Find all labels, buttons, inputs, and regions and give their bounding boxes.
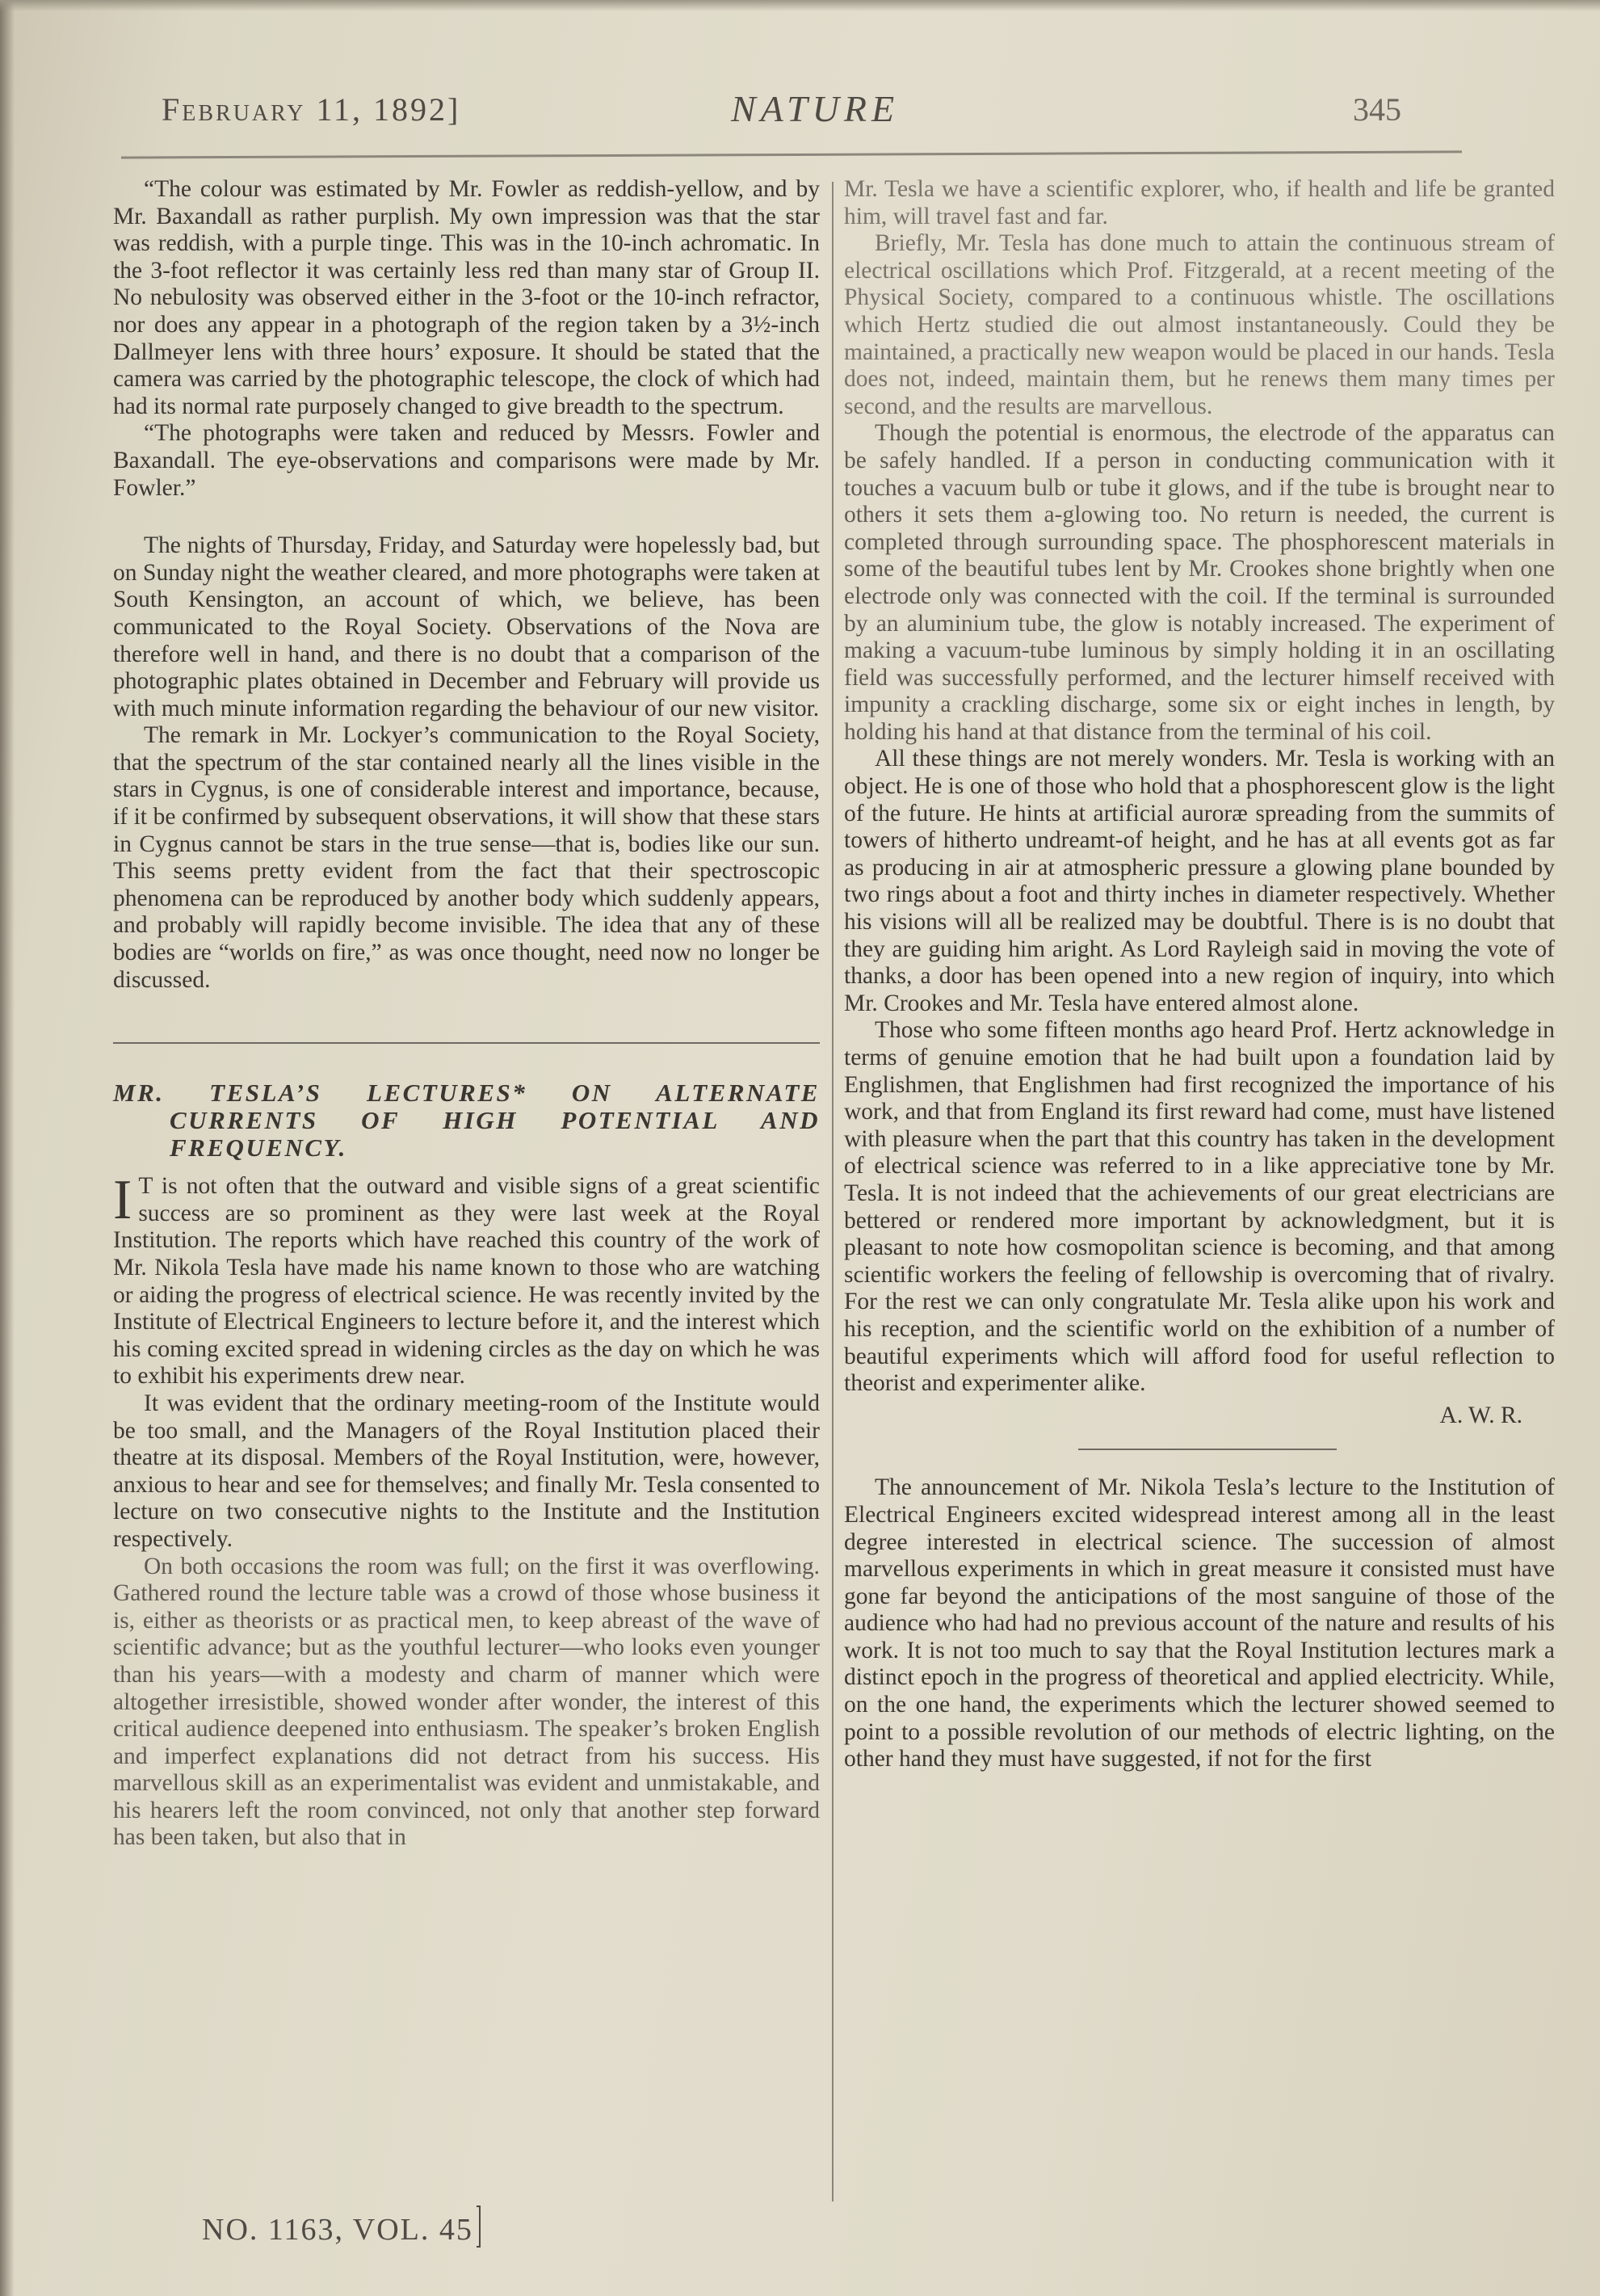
right-column: Mr. Tesla we have a scientific explorer,…: [844, 176, 1555, 1773]
article-paragraph-meeting-room: It was evident that the ordinary meeting…: [113, 1390, 820, 1554]
page-number: 345: [1353, 90, 1401, 128]
paragraph-gap: [113, 502, 820, 532]
issue-number: NO. 1163, VOL. 45: [202, 2213, 473, 2247]
journal-title: NATURE: [731, 87, 899, 130]
column-divider: [832, 182, 834, 2201]
paragraph-announcement: The announcement of Mr. Nikola Tesla’s l…: [844, 1474, 1555, 1773]
issue-footer: NO. 1163, VOL. 45: [202, 2206, 481, 2248]
article-title: Mr. Tesla’s Lectures* on Alternate Curre…: [113, 1079, 820, 1162]
page-edge-shadow: [0, 0, 15, 2296]
quote-paragraph-photographs: “The photographs were taken and reduced …: [113, 420, 820, 502]
paragraph-continuation-explorer: Mr. Tesla we have a scientific explorer,…: [844, 176, 1555, 230]
paragraph-nights: The nights of Thursday, Friday, and Satu…: [113, 532, 820, 722]
opening-paragraph-text: T is not often that the outward and visi…: [113, 1173, 820, 1389]
paragraph-lockyer-remark: The remark in Mr. Lockyer’s communicatio…: [113, 722, 820, 994]
author-signature: A. W. R.: [844, 1402, 1555, 1430]
drop-cap: I: [113, 1176, 132, 1225]
paragraph-wonders: All these things are not merely wonders.…: [844, 746, 1555, 1017]
paragraph-potential: Though the potential is enormous, the el…: [844, 420, 1555, 746]
left-column: “The colour was estimated by Mr. Fowler …: [113, 176, 820, 1852]
paragraph-oscillations: Briefly, Mr. Tesla has done much to atta…: [844, 230, 1555, 420]
quote-paragraph-colour: “The colour was estimated by Mr. Fowler …: [113, 176, 820, 420]
issue-date: February 11, 1892]: [162, 90, 460, 128]
short-divider: [1078, 1449, 1337, 1450]
article-paragraph-occasions: On both occasions the room was full; on …: [113, 1554, 820, 1852]
article-opening-paragraph: IT is not often that the outward and vis…: [113, 1173, 820, 1390]
running-head: February 11, 1892] NATURE 345: [162, 90, 1535, 139]
header-rule: [121, 150, 1462, 158]
footer-bracket: [477, 2206, 481, 2248]
page-top-shadow: [0, 0, 1600, 11]
journal-page: February 11, 1892] NATURE 345 “The colou…: [0, 0, 1600, 2296]
paragraph-hertz: Those who some fifteen months ago heard …: [844, 1017, 1555, 1397]
section-divider: [113, 1042, 820, 1044]
